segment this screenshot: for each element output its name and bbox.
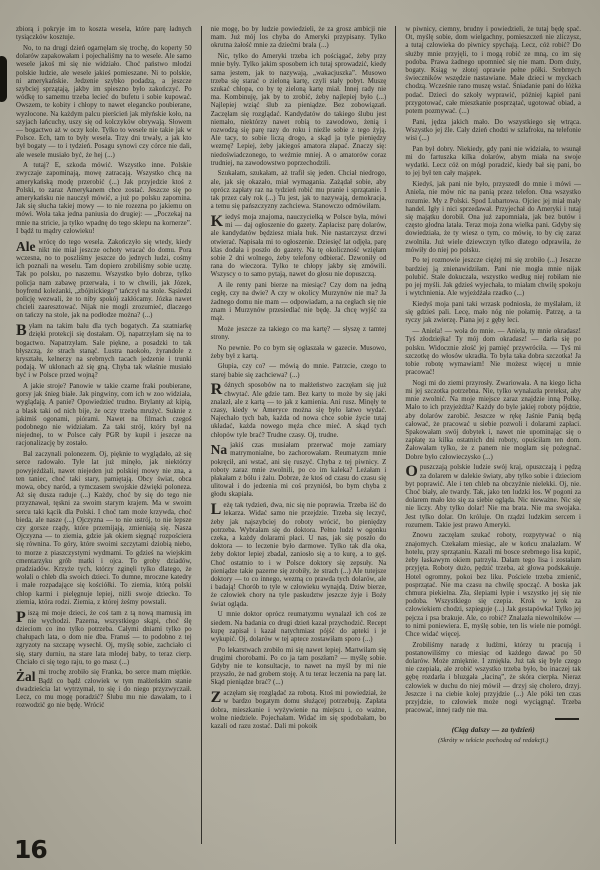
paragraph: Kiedyś moja pani taki wrzask podniosła, … — [405, 301, 581, 326]
paragraph: No pewnie. Po co bym się ogłaszała w gaz… — [211, 345, 387, 361]
paragraph: Żalmi trochę zrobiło się Franka, bo serc… — [16, 669, 192, 710]
drop-initial: B — [16, 323, 29, 338]
paragraph: Różnych sposobów na to małżeństwo zaczęł… — [211, 382, 387, 439]
paragraph: Może jeszcze za takiego co ma kartę? — s… — [211, 326, 387, 342]
paragraph: Najakiś czas musiałam przerwać moje zami… — [211, 442, 387, 499]
paragraph: Nogi mi do ziemi przyrosły. Zwariowała. … — [405, 380, 581, 462]
paragraph: Głupia, czy co? — mówią do mnie. Patrzci… — [211, 363, 387, 379]
drop-initial: R — [211, 382, 225, 397]
magazine-page-scan: zbiorą i pokryje im to koszta wesela, kt… — [0, 0, 600, 870]
paragraph: nie mogę, bo by ludzie powiedzieli, że z… — [211, 26, 387, 51]
drop-initial: Z — [211, 690, 224, 705]
drop-initial: P — [16, 610, 28, 625]
paragraph: A tutaj? E, szkoda mówić. Wszystko inne.… — [16, 162, 192, 236]
paragraph: Kiedyś, jak pani nie było, przyszedł do … — [405, 181, 581, 255]
paragraph: Po tej rozmowie jeszcze ciężej mi się zr… — [405, 257, 581, 298]
paragraph: No, to na drugi dzień ogarnęłam się troc… — [16, 45, 192, 160]
scan-artifact-blob — [0, 56, 7, 102]
paragraph: w piwnicy, ciemny, brudny i powiedzieli,… — [405, 26, 581, 116]
paragraph: Kiedyś moja znajoma, nauczycielką w Pols… — [211, 214, 387, 280]
paragraph: Opuszczają polskie ludzie swój kraj, opu… — [405, 464, 581, 530]
paragraph: zbiorą i pokryje im to koszta wesela, kt… — [16, 26, 192, 42]
paragraph: U mnie doktor oprócz reumatyzmu wynalazł… — [211, 611, 387, 644]
drop-initial: K — [211, 214, 226, 229]
paragraph: A jakie stroje? Panowie w takie czarne f… — [16, 383, 192, 449]
paragraph: A ile renty pani bierze na miesiąc? Czy … — [211, 282, 387, 323]
text-columns: zbiorą i pokryje im to koszta wesela, kt… — [16, 26, 590, 844]
paragraph: Nic, tylko do Ameryki trzeba ich pościąg… — [211, 53, 387, 168]
drop-initial: Na — [211, 442, 231, 456]
end-of-text-rule — [555, 718, 579, 720]
drop-initial: Żal — [16, 669, 39, 683]
drop-initial: L — [211, 502, 224, 517]
paragraph: Pani, jędza jakich mało. Do wszystkiego … — [405, 119, 581, 144]
paragraph: Szukałam, szukałam, aż trafił się jeden.… — [211, 170, 387, 211]
paragraph: Bal zaczynali polonezem. Oj, pięknie to … — [16, 451, 192, 607]
footer-continuation-note: (Ciąg dalszy — za tydzień) — [405, 726, 581, 734]
paragraph: Znowu zaczęłam szukać roboty, rozpytywać… — [405, 532, 581, 639]
paragraph: Byłam na takim balu dla tych bogatych. Z… — [16, 323, 192, 380]
drop-initial: O — [405, 464, 420, 479]
text-column-3: w piwnicy, ciemny, brudny i powiedzieli,… — [395, 26, 590, 844]
drop-initial: Ale — [16, 239, 39, 253]
paragraph: Zrobiliśmy naradę z ludźmi, którzy tu pr… — [405, 642, 581, 716]
text-column-1: zbiorą i pokryje im to koszta wesela, kt… — [16, 26, 201, 844]
paragraph: Pan był dobry. Niekiedy, gdy pani nie wi… — [405, 146, 581, 179]
paragraph: Alewrócę do tego wesela. Zakończyło się … — [16, 239, 192, 321]
page-number: 16 — [14, 835, 47, 864]
paragraph: Piszą mi moje dzieci, że coś tam z tą no… — [16, 610, 192, 667]
paragraph: Leżę tak tydzień, dwa, nic się nie popra… — [211, 502, 387, 609]
paragraph: Po lekarstwach zrobiło mi się nawet lepi… — [211, 647, 387, 688]
footer-editor-note: (Skróty w tekście pochodzą od redakcji.) — [405, 737, 581, 745]
paragraph: Zaczęłam się rozglądać za robotą. Ktoś m… — [211, 690, 387, 731]
text-column-2: nie mogę, bo by ludzie powiedzieli, że z… — [201, 26, 396, 844]
paragraph: — Aniela! — woła do mnie. — Aniela, ty m… — [405, 328, 581, 377]
